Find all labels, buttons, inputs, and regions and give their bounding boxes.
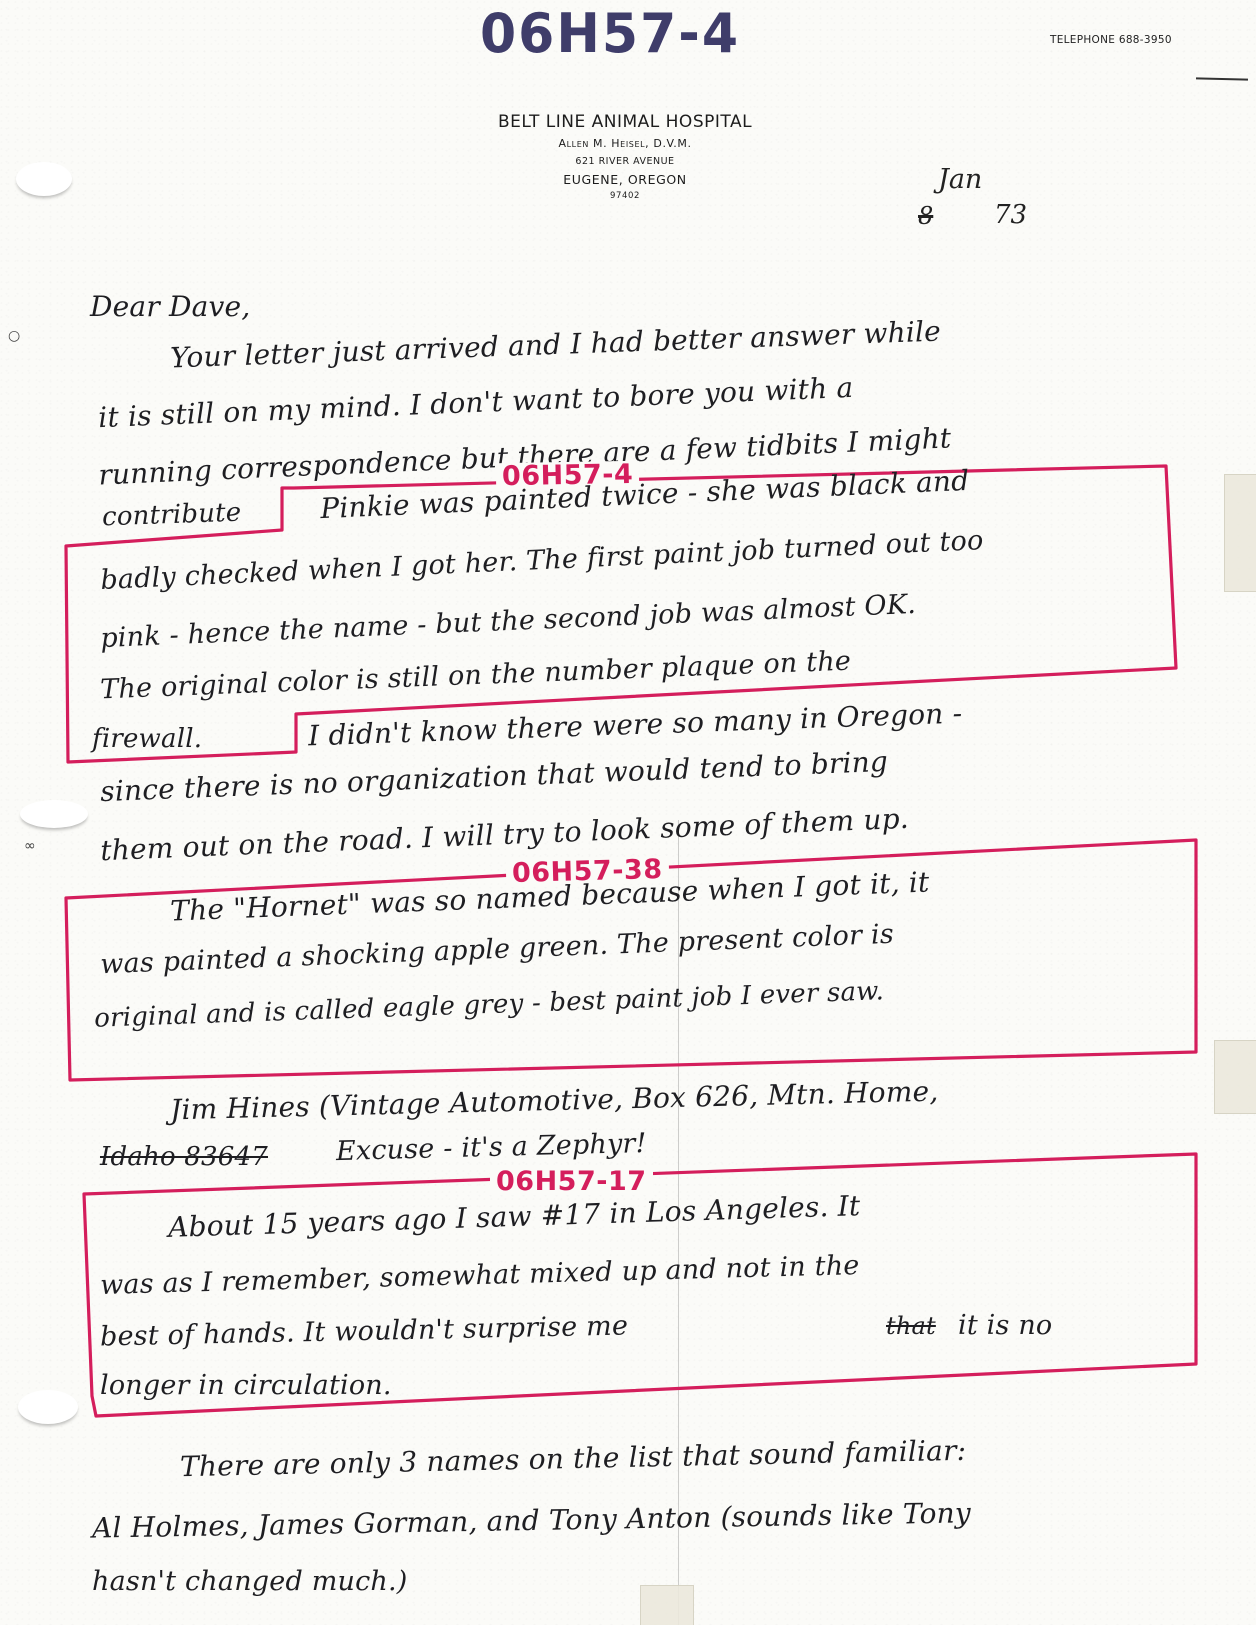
letter-line: hasn't changed much.) [92,1566,408,1597]
letter-line: contribute [102,498,242,533]
letter-line-struck: that [886,1312,936,1340]
letter-line: longer in circulation. [100,1370,392,1401]
letter-page: ○ ∞ 06H57-4 TELEPHONE 688-3950 BELT LINE… [0,0,1256,1625]
letter-line: firewall. [92,724,202,754]
letter-line: it is no [958,1310,1052,1341]
annotation-label-3: 06H57-17 [490,1168,653,1195]
letter-line-struck: Idaho 83647 [100,1142,268,1172]
